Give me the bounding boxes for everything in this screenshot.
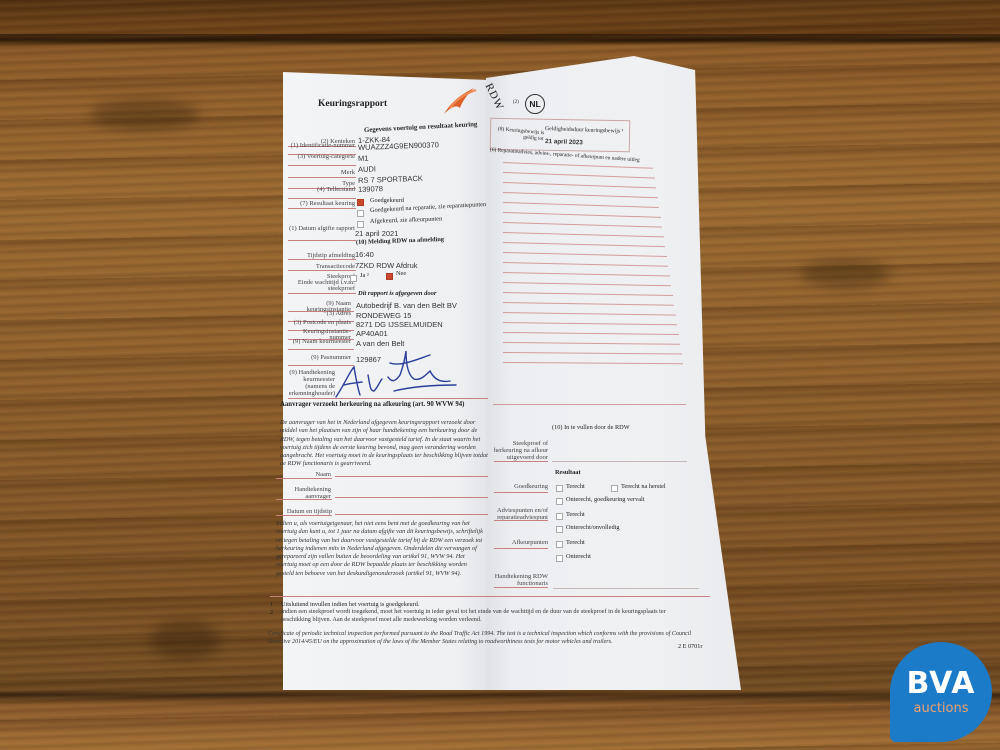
rule xyxy=(288,293,356,294)
field-value: RS 7 SPORTBACK xyxy=(358,173,423,184)
rule xyxy=(288,398,488,399)
applicant-signature-label: Handtekening aanvrager xyxy=(285,486,331,500)
applicant-signature-field[interactable] xyxy=(335,497,488,498)
issuer-value: RONDEWEG 15 xyxy=(356,311,411,320)
wood-stain xyxy=(90,100,200,130)
rdw-signature-field[interactable] xyxy=(553,588,699,589)
rdw-result-option: Terecht xyxy=(566,539,585,546)
rule xyxy=(276,478,332,479)
owner-notice-text: Indien u, als voertuigeigenaar, het niet… xyxy=(276,520,486,578)
time-label: Tijdstip afmelding xyxy=(285,252,355,259)
signature-label: (9) Handtekening keurmeester (namens de … xyxy=(283,369,335,397)
field-label: (3) Voertuig-categorie xyxy=(283,154,355,160)
rule xyxy=(494,548,548,549)
sample-no-checkbox[interactable] xyxy=(386,273,393,280)
reinspection-text: De aanvrager van het in Nederland afgege… xyxy=(280,419,488,469)
applicant-name-field[interactable] xyxy=(335,476,488,477)
issued-by-heading: Dit rapport is afgegeven door xyxy=(358,290,436,297)
issuer-label: (3) Postcode en plaats xyxy=(283,320,351,326)
reinspection-heading: Aanvrager verzoekt herkeuring na afkeuri… xyxy=(280,401,464,408)
certificate-text: Certificate of periodic technical inspec… xyxy=(268,630,703,646)
field-label: (1) Identificatie-nummer xyxy=(283,143,355,149)
rule xyxy=(288,240,356,241)
issuer-label: (3) Adres xyxy=(283,311,351,317)
rule xyxy=(288,165,356,166)
sample-yes-checkbox[interactable] xyxy=(350,275,357,282)
rdw-result-checkbox[interactable] xyxy=(556,513,563,520)
rdw-flame-logo-icon xyxy=(440,82,480,122)
form-code: 2 E 0701r xyxy=(678,643,702,650)
rdw-result-checkbox[interactable] xyxy=(556,555,563,562)
field-value: 139078 xyxy=(358,184,383,194)
rule xyxy=(288,177,356,178)
rule xyxy=(494,492,548,493)
rule xyxy=(288,198,356,199)
issue-date-value: 21 april 2021 xyxy=(355,229,398,238)
result-heading: Resultaat xyxy=(555,469,581,476)
rdw-result-option: Terecht xyxy=(566,483,585,490)
bva-auctions-logo: BVA auctions xyxy=(890,642,992,742)
rdw-result-option: Onterecht/onvolledig xyxy=(566,524,620,531)
sample-no-label: Nee xyxy=(396,270,406,277)
issuer-value: AP40A01 xyxy=(356,329,388,338)
rule xyxy=(494,461,548,462)
country-prefix: (2) xyxy=(513,100,519,105)
document-title: Keuringsrapport xyxy=(318,99,387,109)
rdw-row-label: Adviespunten en/of reparatieadviespunt xyxy=(490,507,548,521)
footnote-2-text: Indien een steekproef wordt toegekend, m… xyxy=(281,608,686,624)
applicant-name-label: Naam xyxy=(285,471,331,478)
rule xyxy=(270,596,710,597)
rdw-fill-heading: (10) In te vullen door de RDW xyxy=(552,424,630,431)
bva-sub-text: auctions xyxy=(913,701,968,716)
rdw-result-checkbox[interactable] xyxy=(556,498,563,505)
field-value: M1 xyxy=(358,153,369,162)
result-approved-checkbox[interactable] xyxy=(357,199,364,206)
issuer-value: Autobedrijf B. van den Belt BV xyxy=(356,301,457,310)
issuer-value: 8271 DG IJSSELMUIDEN xyxy=(356,320,443,329)
rule xyxy=(276,515,332,516)
validity-value: 21 april 2023 xyxy=(545,138,583,146)
field-value: AUDI xyxy=(358,165,376,175)
rdw-row-label: Afkeurpunten xyxy=(490,539,548,546)
rule xyxy=(494,587,548,588)
advice-line[interactable] xyxy=(493,404,686,405)
footnote-1-text: Uitsluitend invullen indien het voertuig… xyxy=(281,601,419,608)
rdw-result-checkbox[interactable] xyxy=(556,541,563,548)
rdw-result-option: Onterecht xyxy=(566,553,591,560)
wood-stain xyxy=(800,260,890,288)
sample-wait-label: Einde wachttijd i.v.m. steekproef xyxy=(285,280,355,292)
bva-brand-text: BVA xyxy=(906,669,975,699)
time-value: 16:40 xyxy=(355,250,374,259)
transaction-label: Transactiecode xyxy=(285,263,355,270)
transaction-value: 7ZKD RDW Afdruk xyxy=(355,261,418,270)
rdw-signature-label: Handtekening RDW functionaris xyxy=(494,573,548,587)
result-option-approved: Goedgekeurd xyxy=(370,197,404,204)
rdw-result-option: Onterecht, goedkeuring vervalt xyxy=(566,496,645,503)
rdw-result-checkbox[interactable] xyxy=(611,485,618,492)
rdw-result-option: Terecht xyxy=(566,511,585,518)
rule xyxy=(494,520,548,521)
rule xyxy=(288,270,356,271)
inspector-signature xyxy=(330,345,460,405)
result-label: (7) Resultaat keuring xyxy=(283,200,355,207)
field-label: Merk xyxy=(283,169,355,176)
rdw-sample-label: Steekproef of herkeuring na afkeur uitge… xyxy=(490,440,548,461)
rule xyxy=(276,499,332,500)
rdw-result-checkbox[interactable] xyxy=(556,526,563,533)
rule xyxy=(288,259,356,260)
rdw-result-checkbox[interactable] xyxy=(556,485,563,492)
applicant-date-field[interactable] xyxy=(335,514,488,515)
nl-country-badge: NL xyxy=(525,94,545,114)
table-edge-shadow xyxy=(0,34,1000,44)
applicant-date-label: Datum en tijdstip xyxy=(280,508,332,515)
rdw-row-label: Goedkeuring xyxy=(490,483,548,490)
rdw-result-option: Terecht na herstel xyxy=(621,483,666,490)
footnote-2-number: 2 xyxy=(270,609,273,616)
footnote-1-number: 1 xyxy=(270,601,273,608)
sample-yes-label: Ja ² xyxy=(360,272,369,279)
field-label: (4) Tellerstand xyxy=(283,187,355,193)
wood-stain xyxy=(150,620,220,660)
result-repair-checkbox[interactable] xyxy=(357,210,364,217)
result-rejected-checkbox[interactable] xyxy=(357,221,364,228)
rule xyxy=(288,208,356,209)
issue-date-label: (1) Datum afgifte rapport xyxy=(285,225,355,232)
rdw-sample-field[interactable] xyxy=(552,461,687,462)
